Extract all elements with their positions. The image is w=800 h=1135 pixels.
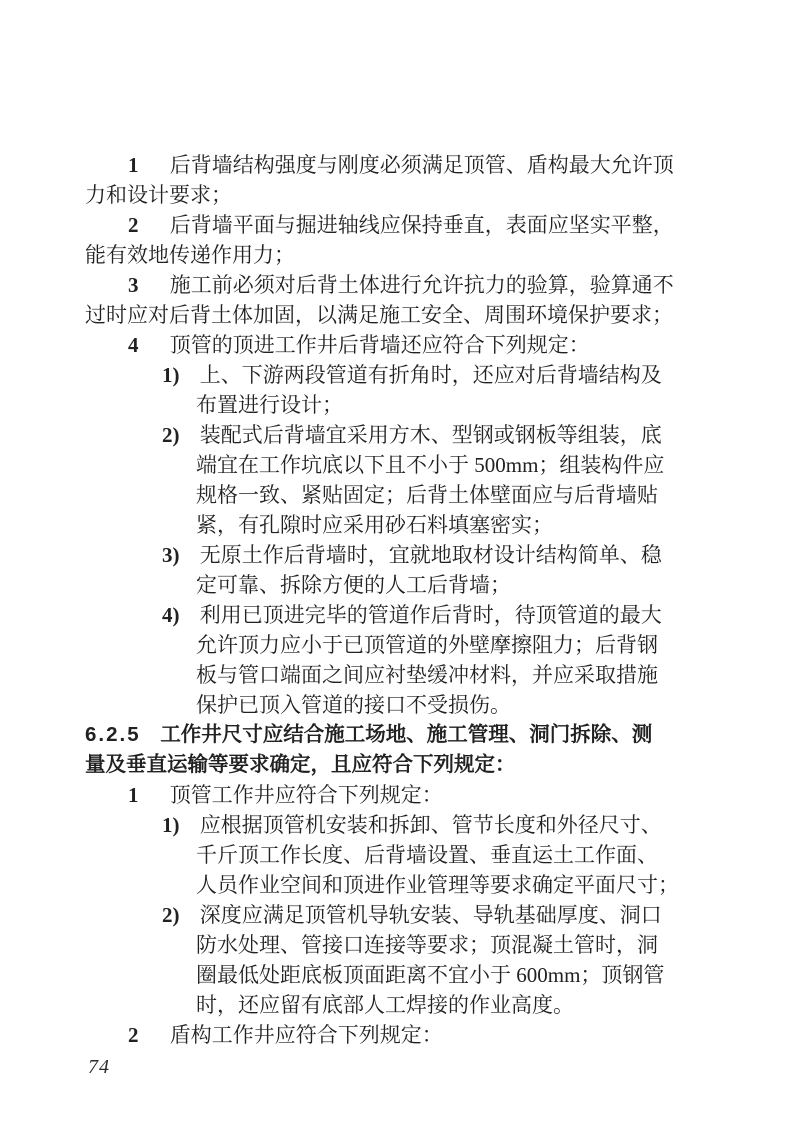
text-line: 过时应对后背土体加固，以满足施工安全、周围环境保护要求； (85, 300, 675, 330)
line-text: 允许顶力应小于已顶管道的外壁摩擦阻力；后背钢 (196, 630, 658, 660)
text-line: 量及垂直运输等要求确定，且应符合下列规定： (85, 750, 675, 780)
line-number: 3 (128, 270, 139, 300)
line-text: 顶管工作井应符合下列规定： (170, 780, 443, 810)
text-line: 能有效地传递作用力； (85, 240, 675, 270)
line-number: 2 (128, 210, 139, 240)
line-text: 人员作业空间和顶进作业管理等要求确定平面尺寸； (196, 870, 679, 900)
text-line: 防水处理、管接口连接等要求；顶混凝土管时，洞 (85, 930, 675, 960)
text-line: 1 后背墙结构强度与刚度必须满足顶管、盾构最大允许顶 (85, 150, 675, 180)
text-line: 2) 装配式后背墙宜采用方木、型钢或钢板等组装，底 (85, 420, 675, 450)
text-line: 1) 应根据顶管机安装和拆卸、管节长度和外径尺寸、 (85, 810, 675, 840)
line-text: 应根据顶管机安装和拆卸、管节长度和外径尺寸、 (200, 810, 662, 840)
line-number: 2) (162, 900, 180, 930)
line-text: 定可靠、拆除方便的人工后背墙； (196, 570, 511, 600)
line-text: 千斤顶工作长度、后背墙设置、垂直运土工作面、 (196, 840, 658, 870)
line-number: 1) (162, 360, 180, 390)
line-text: 板与管口端面之间应衬垫缓冲材料，并应采取措施 (196, 660, 658, 690)
line-text: 过时应对后背土体加固，以满足施工安全、周围环境保护要求； (85, 300, 673, 330)
line-text: 深度应满足顶管机导轨安装、导轨基础厚度、洞口 (200, 900, 662, 930)
text-line: 保护已顶入管道的接口不受损伤。 (85, 690, 675, 720)
line-text: 力和设计要求； (85, 180, 232, 210)
line-text: 布置进行设计； (196, 390, 343, 420)
text-line: 人员作业空间和顶进作业管理等要求确定平面尺寸； (85, 870, 675, 900)
line-text: 顶管的顶进工作井后背墙还应符合下列规定： (170, 330, 590, 360)
line-number: 1 (128, 150, 139, 180)
line-text: 利用已顶进完毕的管道作后背时，待顶管道的最大 (200, 600, 662, 630)
line-text: 时，还应留有底部人工焊接的作业高度。 (196, 990, 574, 1020)
text-line: 2 后背墙平面与掘进轴线应保持垂直，表面应坚实平整， (85, 210, 675, 240)
text-line: 力和设计要求； (85, 180, 675, 210)
line-text: 装配式后背墙宜采用方木、型钢或钢板等组装，底 (200, 420, 662, 450)
line-number: 4) (162, 600, 180, 630)
line-text: 防水处理、管接口连接等要求；顶混凝土管时，洞 (196, 930, 658, 960)
line-text: 圈最低处距底板顶面距离不宜小于 600mm；顶钢管 (196, 960, 664, 990)
text-line: 6.2.5 工作井尺寸应结合施工场地、施工管理、洞门拆除、测 (85, 720, 675, 750)
line-text: 施工前必须对后背土体进行允许抗力的验算，验算通不 (170, 270, 674, 300)
line-number: 2) (162, 420, 180, 450)
text-line: 1 顶管工作井应符合下列规定： (85, 780, 675, 810)
line-text: 规格一致、紧贴固定；后背土体壁面应与后背墙贴 (196, 480, 658, 510)
text-line: 规格一致、紧贴固定；后背土体壁面应与后背墙贴 (85, 480, 675, 510)
line-text: 端宜在工作坑底以下且不小于 500mm；组装构件应 (196, 450, 664, 480)
line-number: 1) (162, 810, 180, 840)
text-line: 板与管口端面之间应衬垫缓冲材料，并应采取措施 (85, 660, 675, 690)
line-number: 6.2.5 (85, 720, 141, 750)
text-line: 3) 无原土作后背墙时，宜就地取材设计结构简单、稳 (85, 540, 675, 570)
text-line: 3 施工前必须对后背土体进行允许抗力的验算，验算通不 (85, 270, 675, 300)
line-text: 后背墙平面与掘进轴线应保持垂直，表面应坚实平整， (170, 210, 674, 240)
page: 1 后背墙结构强度与刚度必须满足顶管、盾构最大允许顶 力和设计要求； 2 后背墙… (0, 0, 800, 1135)
text-line: 布置进行设计； (85, 390, 675, 420)
page-number: 74 (88, 1056, 110, 1079)
document-body: 1 后背墙结构强度与刚度必须满足顶管、盾构最大允许顶 力和设计要求； 2 后背墙… (85, 150, 675, 1050)
line-text: 能有效地传递作用力； (85, 240, 295, 270)
line-number: 1 (128, 780, 139, 810)
text-line: 2) 深度应满足顶管机导轨安装、导轨基础厚度、洞口 (85, 900, 675, 930)
text-line: 定可靠、拆除方便的人工后背墙； (85, 570, 675, 600)
line-number: 4 (128, 330, 139, 360)
line-text: 无原土作后背墙时，宜就地取材设计结构简单、稳 (200, 540, 662, 570)
text-line: 1) 上、下游两段管道有折角时，还应对后背墙结构及 (85, 360, 675, 390)
line-text: 保护已顶入管道的接口不受损伤。 (196, 690, 511, 720)
line-text: 紧，有孔隙时应采用砂石料填塞密实； (196, 510, 553, 540)
line-text: 后背墙结构强度与刚度必须满足顶管、盾构最大允许顶 (170, 150, 674, 180)
line-text: 上、下游两段管道有折角时，还应对后背墙结构及 (200, 360, 662, 390)
line-number: 3) (162, 540, 180, 570)
line-text: 量及垂直运输等要求确定，且应符合下列规定： (85, 750, 516, 780)
line-number: 2 (128, 1020, 139, 1050)
text-line: 端宜在工作坑底以下且不小于 500mm；组装构件应 (85, 450, 675, 480)
text-line: 允许顶力应小于已顶管道的外壁摩擦阻力；后背钢 (85, 630, 675, 660)
text-line: 紧，有孔隙时应采用砂石料填塞密实； (85, 510, 675, 540)
text-line: 2 盾构工作井应符合下列规定： (85, 1020, 675, 1050)
line-text: 工作井尺寸应结合施工场地、施工管理、洞门拆除、测 (160, 720, 652, 750)
line-text: 盾构工作井应符合下列规定： (170, 1020, 443, 1050)
text-line: 4) 利用已顶进完毕的管道作后背时，待顶管道的最大 (85, 600, 675, 630)
text-line: 圈最低处距底板顶面距离不宜小于 600mm；顶钢管 (85, 960, 675, 990)
text-line: 4 顶管的顶进工作井后背墙还应符合下列规定： (85, 330, 675, 360)
text-line: 千斤顶工作长度、后背墙设置、垂直运土工作面、 (85, 840, 675, 870)
text-line: 时，还应留有底部人工焊接的作业高度。 (85, 990, 675, 1020)
